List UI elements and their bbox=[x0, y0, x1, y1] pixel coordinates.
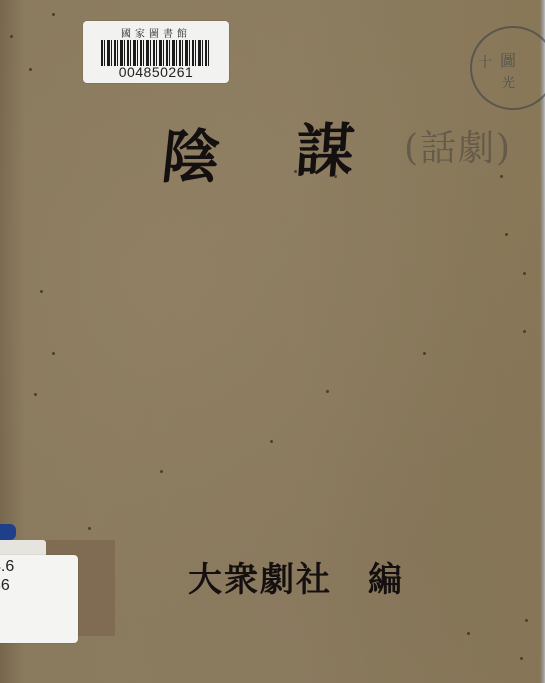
speck bbox=[467, 632, 470, 635]
speck bbox=[423, 352, 426, 355]
call-number-line-1: 4.6 bbox=[0, 558, 14, 576]
speck bbox=[505, 233, 508, 236]
blue-tape bbox=[0, 524, 16, 540]
editor-mark: 編 bbox=[368, 552, 402, 601]
speck bbox=[270, 440, 273, 443]
title-char-1: 陰 bbox=[159, 128, 223, 186]
stamp-char: 十 bbox=[478, 52, 492, 72]
speck bbox=[52, 13, 55, 16]
title-char-2: 謀 bbox=[294, 122, 356, 180]
speck bbox=[520, 657, 523, 660]
barcode-icon bbox=[101, 40, 211, 66]
publisher-name: 大衆劇社 bbox=[188, 552, 332, 601]
speck bbox=[40, 290, 43, 293]
library-name: 國家圖書館 bbox=[83, 25, 229, 40]
speck bbox=[52, 352, 55, 355]
speck bbox=[525, 619, 528, 622]
speck bbox=[10, 35, 13, 38]
subtitle-pencil-note: (話劇) bbox=[388, 118, 528, 180]
speck bbox=[160, 470, 163, 473]
call-number-line-2: 36 bbox=[0, 577, 10, 595]
speck bbox=[34, 393, 37, 396]
speck bbox=[523, 272, 526, 275]
library-barcode-label: 國家圖書館 004850261 bbox=[83, 21, 229, 83]
speck bbox=[29, 68, 32, 71]
stamp-char: 圖 bbox=[500, 48, 516, 71]
speck bbox=[88, 527, 91, 530]
library-stamp-icon: 十 圖 光 bbox=[470, 26, 545, 110]
speck bbox=[523, 330, 526, 333]
barcode-number: 004850261 bbox=[83, 64, 229, 80]
book-cover: 國家圖書館 004850261 十 圖 光 陰 謀 (話劇) 大衆劇社 編 4.… bbox=[0, 0, 545, 683]
speck bbox=[326, 390, 329, 393]
call-number-label: 4.6 36 bbox=[0, 555, 78, 643]
stamp-char: 光 bbox=[502, 72, 515, 91]
